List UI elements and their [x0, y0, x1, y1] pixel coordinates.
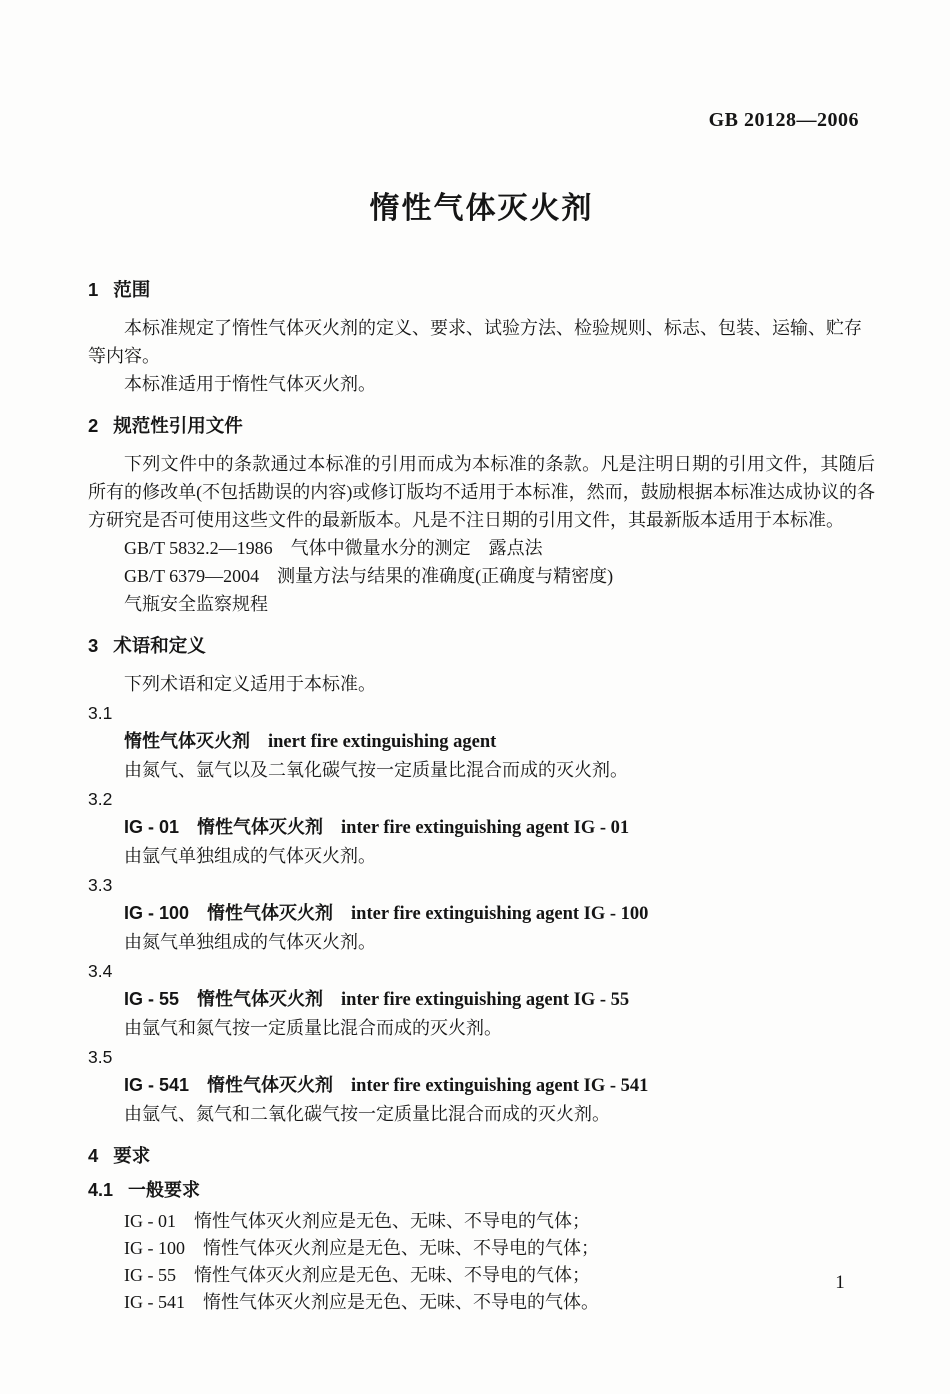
requirement-item: IG - 55 惰性气体灭火剂应是无色、无味、不导电的气体； — [88, 1262, 875, 1289]
term-chinese: IG - 100 惰性气体灭火剂 — [124, 903, 333, 923]
document-page: GB 20128—2006 惰性气体灭火剂 1范围本标准规定了惰性气体灭火剂的定… — [0, 0, 950, 1394]
section-heading: 3术语和定义 — [88, 634, 875, 658]
term-line: IG - 100 惰性气体灭火剂inter fire extinguishing… — [88, 899, 875, 928]
section-title: 术语和定义 — [113, 635, 206, 656]
term-english: inter fire extinguishing agent IG - 55 — [341, 990, 629, 1010]
reference-entry: GB/T 5832.2—1986 气体中微量水分的测定 露点法 — [88, 534, 875, 562]
clause-number: 3.2 — [88, 785, 875, 813]
term-english: inter fire extinguishing agent IG - 01 — [341, 818, 629, 838]
terms-clause: 3.3IG - 100 惰性气体灭火剂inter fire extinguish… — [88, 871, 875, 956]
terms-clause: 3.2IG - 01 惰性气体灭火剂inter fire extinguishi… — [88, 785, 875, 870]
term-english: inter fire extinguishing agent IG - 100 — [351, 904, 648, 924]
term-english: inert fire extinguishing agent — [268, 732, 496, 752]
term-definition: 由氮气、氩气以及二氧化碳气按一定质量比混合而成的灭火剂。 — [88, 756, 875, 784]
term-line: IG - 55 惰性气体灭火剂inter fire extinguishing … — [88, 985, 875, 1014]
section-number: 2 — [88, 414, 98, 438]
term-definition: 由氩气和氮气按一定质量比混合而成的灭火剂。 — [88, 1014, 875, 1042]
requirement-item: IG - 01 惰性气体灭火剂应是无色、无味、不导电的气体； — [88, 1208, 875, 1235]
section-heading: 2规范性引用文件 — [88, 414, 875, 438]
sections-container: 1范围本标准规定了惰性气体灭火剂的定义、要求、试验方法、检验规则、标志、包装、运… — [88, 278, 875, 1316]
paragraph: 下列文件中的条款通过本标准的引用而成为本标准的条款。凡是注明日期的引用文件，其随… — [88, 450, 875, 534]
requirement-item: IG - 100 惰性气体灭火剂应是无色、无味、不导电的气体； — [88, 1235, 875, 1262]
term-chinese: IG - 55 惰性气体灭火剂 — [124, 989, 323, 1009]
clause-number: 3.3 — [88, 871, 875, 899]
clause-number: 3.5 — [88, 1043, 875, 1071]
section-title: 规范性引用文件 — [113, 415, 243, 436]
term-chinese: IG - 541 惰性气体灭火剂 — [124, 1075, 333, 1095]
clause-number: 3.4 — [88, 957, 875, 985]
section-number: 3 — [88, 634, 98, 658]
paragraph: 本标准规定了惰性气体灭火剂的定义、要求、试验方法、检验规则、标志、包装、运输、贮… — [88, 314, 875, 370]
page-content: GB 20128—2006 惰性气体灭火剂 1范围本标准规定了惰性气体灭火剂的定… — [0, 0, 950, 1316]
term-line: IG - 541 惰性气体灭火剂inter fire extinguishing… — [88, 1071, 875, 1100]
section-number: 4 — [88, 1144, 98, 1168]
term-line: 惰性气体灭火剂inert fire extinguishing agent — [88, 727, 875, 756]
section-title: 要求 — [113, 1145, 150, 1166]
standard-number: GB 20128—2006 — [88, 110, 859, 130]
term-chinese: 惰性气体灭火剂 — [124, 731, 250, 751]
page-number: 1 — [828, 1272, 852, 1294]
paragraph: 下列术语和定义适用于本标准。 — [88, 670, 875, 698]
paragraph: 本标准适用于惰性气体灭火剂。 — [88, 370, 875, 398]
section-heading: 4要求 — [88, 1144, 875, 1168]
clause-number: 3.1 — [88, 699, 875, 727]
section-number: 1 — [88, 278, 98, 302]
reference-entry: 气瓶安全监察规程 — [88, 590, 875, 618]
subsection-number: 4.1 — [88, 1178, 113, 1202]
term-definition: 由氩气单独组成的气体灭火剂。 — [88, 842, 875, 870]
subsection-heading: 4.1一般要求 — [88, 1178, 875, 1202]
document-title: 惰性气体灭火剂 — [88, 192, 875, 226]
requirement-item: IG - 541 惰性气体灭火剂应是无色、无味、不导电的气体。 — [88, 1289, 875, 1316]
term-definition: 由氩气、氮气和二氧化碳气按一定质量比混合而成的灭火剂。 — [88, 1100, 875, 1128]
terms-clause: 3.5IG - 541 惰性气体灭火剂inter fire extinguish… — [88, 1043, 875, 1128]
term-chinese: IG - 01 惰性气体灭火剂 — [124, 817, 323, 837]
term-line: IG - 01 惰性气体灭火剂inter fire extinguishing … — [88, 813, 875, 842]
terms-clause: 3.4IG - 55 惰性气体灭火剂inter fire extinguishi… — [88, 957, 875, 1042]
reference-entry: GB/T 6379—2004 测量方法与结果的准确度(正确度与精密度) — [88, 562, 875, 590]
section-heading: 1范围 — [88, 278, 875, 302]
terms-clause: 3.1惰性气体灭火剂inert fire extinguishing agent… — [88, 699, 875, 784]
subsection-title: 一般要求 — [128, 1180, 200, 1200]
section-title: 范围 — [113, 279, 150, 300]
term-english: inter fire extinguishing agent IG - 541 — [351, 1076, 648, 1096]
term-definition: 由氮气单独组成的气体灭火剂。 — [88, 928, 875, 956]
